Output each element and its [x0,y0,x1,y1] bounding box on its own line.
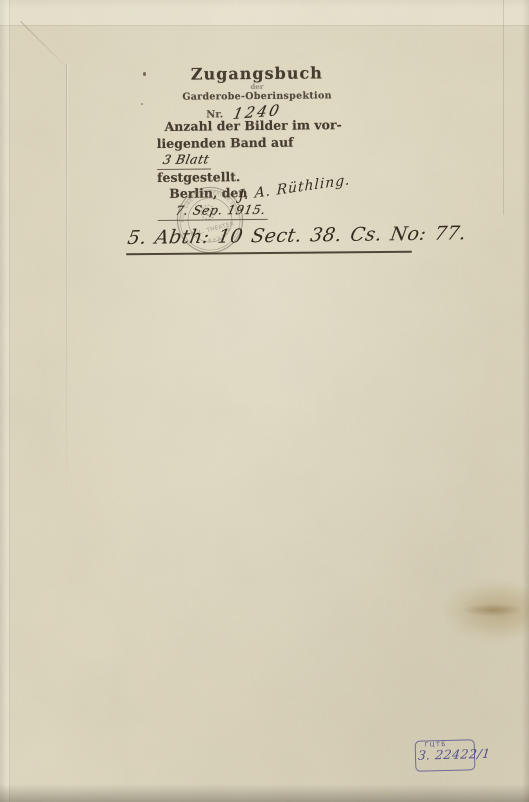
note-line-2: liegenden Band auf 3 Blatt [157,133,353,169]
corner-crease [20,21,67,68]
ink-speck [143,72,146,76]
shelfmark-underline [126,251,412,255]
ink-speck [141,103,143,105]
note-line-2-handwritten-fill: 3 Blatt [157,151,215,169]
plate-mark-left-band [0,0,9,802]
note-date-text: Berlin, den [169,185,247,201]
note-date-handwritten-fill: 7. Sep. 1915. [158,201,272,220]
note-line-2-text: liegenden Band auf [157,134,294,150]
plate-mark-horizontal-edge [0,25,529,26]
certification-note: Anzahl der Bilder im vor- liegenden Band… [156,117,353,220]
bottom-page-edge-shadow [0,784,529,802]
library-inventory-stamp: ГЦТБ З. 22422/1 [415,739,476,772]
scanned-document-page: KGL. OBER-GARDEROBE-INSPECTION BERLIN KG… [0,0,529,802]
handwritten-shelfmark: 5. Abth: 10 Sect. 38. Cs. No: 77. [126,223,414,249]
paper-stain [443,580,529,642]
stamp-title: Zugangsbuch [150,63,364,84]
plate-mark-vertical-edge [9,0,10,802]
accession-stamp-header: Zugangsbuch der Garderobe-Oberinspektion… [150,63,364,121]
plate-mark-top-band [0,0,529,25]
note-line-1: Anzahl der Bilder im vor- [156,117,352,136]
vertical-crease-highlight [67,64,68,464]
right-fold-line [503,0,504,215]
library-stamp-handwritten-number: З. 22422/1 [417,746,491,763]
paper-stain-core [461,604,523,616]
stamp-organization: Garderobe-Oberinspektion [150,90,364,103]
